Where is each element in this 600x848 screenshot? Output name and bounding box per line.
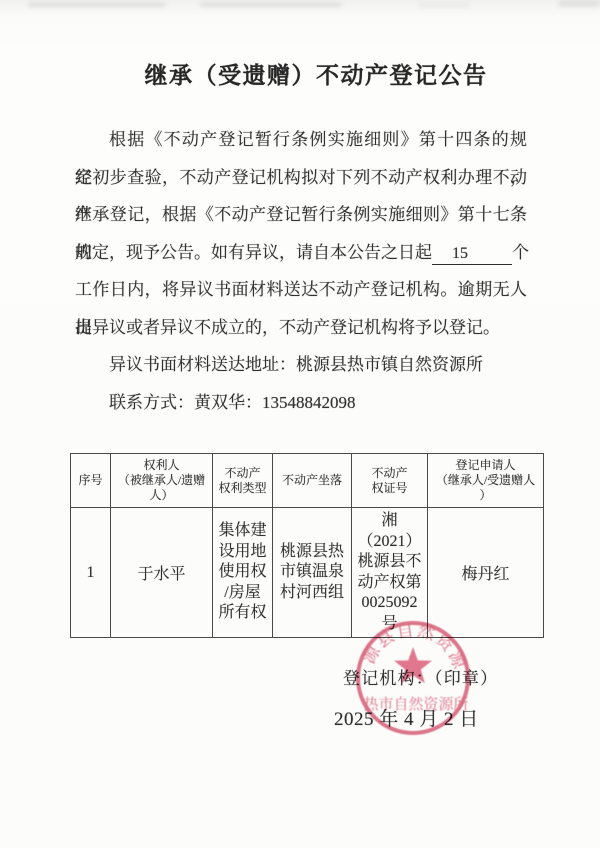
header-line: 不动产 [218, 466, 267, 481]
blank-fill-underline: 15 [432, 244, 512, 265]
seal-banner-text: 热市自然资源所 [363, 695, 468, 713]
cell-seq: 1 [71, 508, 111, 638]
header-line: 不动产 [357, 466, 422, 481]
body-line: 继承登记，根据《不动产登记暂行条例实施细则》第十七条的 [75, 196, 527, 234]
body-text: 个 [512, 243, 529, 262]
header-line: 权证号 [357, 481, 422, 496]
cell-right-type: 集体建 设用地 使用权 /房屋 所有权 [213, 508, 273, 638]
header-line: 登记申请人 [433, 458, 538, 473]
header-line: 权利类型 [218, 481, 267, 496]
scan-artifact [28, 2, 166, 7]
header-line: 权利人 [116, 458, 207, 473]
header-right-type: 不动产权利类型 [213, 454, 273, 508]
header-location: 不动产坐落 [273, 454, 352, 508]
table-header-row: 序号 权利人（被继承人/遗赠人） 不动产权利类型 不动产坐落 不动产权证号 登记… [71, 454, 544, 508]
header-line: （继承人/受遗赠人） [433, 473, 538, 503]
official-seal: 源县自然资源 热市自然资源所 [336, 601, 490, 755]
body-line: 出异议或者异议不成立的，不动产登记机构将予以登记。 [75, 309, 527, 347]
star-icon [394, 647, 432, 683]
body-line: 经初步查验，不动产登记机构拟对下列不动产权利办理不动产 [75, 159, 527, 197]
body-line: 工作日内，将异议书面材料送达不动产登记机构。逾期无人提 [75, 271, 527, 309]
header-line: （被继承人/遗赠人） [116, 473, 207, 503]
address-line: 异议书面材料送达地址：桃源县热市镇自然资源所 [75, 346, 527, 384]
header-cert-no: 不动产权证号 [352, 454, 428, 508]
body-line-with-blank: 规定，现予公告。如有异议，请自本公告之日起15个 [75, 234, 527, 272]
scan-artifact [200, 2, 342, 7]
header-holder: 权利人（被继承人/遗赠人） [111, 454, 213, 508]
header-seq: 序号 [71, 454, 111, 508]
scan-artifact [558, 0, 600, 7]
cell-holder: 于水平 [111, 508, 213, 638]
body-text: 规定，现予公告。如有异议，请自本公告之日起 [75, 243, 432, 262]
page-title: 继承（受遗赠）不动产登记公告 [32, 57, 600, 90]
blank-fill-value: 15 [452, 245, 468, 262]
notice-body: 根据《不动产登记暂行条例实施细则》第十四条的规定， 经初步查验，不动产登记机构拟… [75, 121, 527, 421]
scan-artifact [418, 3, 470, 7]
header-applicant: 登记申请人（继承人/受遗赠人） [428, 454, 544, 508]
contact-line: 联系方式：黄双华：13548842098 [75, 384, 527, 422]
body-line: 根据《不动产登记暂行条例实施细则》第十四条的规定， [75, 121, 527, 159]
notice-document: 继承（受遗赠）不动产登记公告 根据《不动产登记暂行条例实施细则》第十四条的规定，… [0, 0, 600, 848]
